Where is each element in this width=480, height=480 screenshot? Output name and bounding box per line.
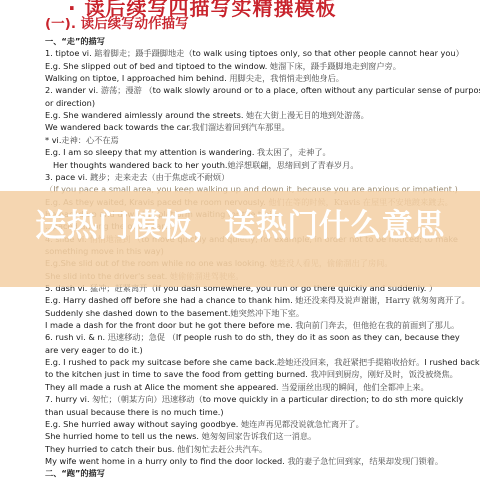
chinese-text: 他们匆忙去赶公共汽车。 — [175, 444, 268, 454]
text-line: to the kitchen just in time to save the … — [45, 369, 458, 379]
text-line: Suddenly she dashed down to the basement… — [45, 308, 304, 318]
english-text: 3. pace vi. — [45, 172, 90, 182]
chinese-text: 游荡；漫游 — [101, 85, 142, 95]
english-text: 7. hurry vi. — [45, 394, 92, 404]
english-text: 一、“走”的描写 — [45, 36, 105, 46]
text-line: or direction) — [45, 98, 95, 108]
chinese-text: 我的妻子急忙回到家，结果却发现门锁着。 — [287, 456, 443, 466]
text-line: 2. wander vi. 游荡；漫游 （to walk slowly arou… — [45, 85, 480, 95]
chinese-text: 踱步；走来走去（由于焦虑或不耐烦） — [90, 172, 229, 182]
english-text: E.g. She hurried away without saying goo… — [45, 419, 238, 429]
chinese-text: 匆忙；（朝某方向）迅速移动 — [92, 394, 194, 404]
text-line: E.g. I rushed to pack my suitcase before… — [45, 357, 480, 367]
chinese-text: 我们溜达着回到汽车那里。 — [191, 122, 289, 132]
text-line: E.g. She wandered aimlessly around the s… — [45, 110, 369, 120]
english-text: or direction) — [45, 98, 95, 108]
chinese-text: 她匆匆回家告诉我们这一消息。 — [202, 431, 317, 441]
english-text: 2. wander vi. — [45, 85, 101, 95]
chinese-text: 她突然冲下地下室。 — [230, 308, 304, 318]
chinese-text: 迅速移动；急促 — [108, 332, 165, 342]
chinese-text: 她浮想联翩，思绪回到了青春岁月。 — [228, 160, 359, 170]
text-line: They hurried to catch their bus. 他们匆忙去赶公… — [45, 444, 267, 454]
english-text: My wife went home in a hurry only to fin… — [45, 456, 287, 466]
english-text: E.g. Harry dashed off before she had a c… — [45, 295, 295, 305]
english-text: Her thoughts wandered back to her youth. — [53, 160, 228, 170]
english-text: to the kitchen just in time to save the … — [45, 369, 310, 379]
chinese-text: 她在大街上漫无目的地到处游荡。 — [243, 110, 368, 120]
subsection-heading: 二、“跑”的描写 — [45, 468, 105, 478]
english-text: than usual because there is no much time… — [45, 407, 224, 417]
english-text: She hurried home to tell us the news. — [45, 431, 202, 441]
text-line: 6. rush vi. & n. 迅速移动；急促 （If people rush… — [45, 332, 460, 342]
english-text: They hurried to catch their bus. — [45, 444, 175, 454]
text-line: Her thoughts wandered back to her youth.… — [53, 160, 359, 170]
english-text: I made a dash for the front door but he … — [45, 320, 295, 330]
chinese-text: 走神：心不在焉 — [61, 135, 118, 145]
chinese-text: 我太困了，走神了。 — [257, 147, 331, 157]
english-text: 二、“跑”的描写 — [45, 468, 105, 478]
subsection-heading: 一、“走”的描写 — [45, 36, 105, 46]
chinese-text: 踮着脚走；蹑手蹑脚地走 — [94, 48, 184, 58]
text-line: 1. tiptoe vi. 踮着脚走；蹑手蹑脚地走（to walk using … — [45, 48, 464, 58]
english-text: （to move quickly in a particular directi… — [195, 394, 464, 404]
english-text: Walking on tiptoe, I approached him behi… — [45, 73, 227, 83]
english-text: 1. tiptoe vi. — [45, 48, 94, 58]
chinese-text: 她溜下床，蹑手蹑脚地走到窗户旁。 — [267, 61, 401, 71]
text-line: I made a dash for the front door but he … — [45, 320, 459, 330]
chinese-text: 我向前门奔去，但他抢在我的前面到了那儿。 — [295, 320, 459, 330]
text-line: We wandered back towards the car.我们溜达着回到… — [45, 122, 290, 132]
text-line: 3. pace vi. 踱步；走来走去（由于焦虑或不耐烦） — [45, 172, 229, 182]
text-line: are very eager to do it.) — [45, 345, 143, 355]
english-text: （to walk slowly around or to a place, of… — [142, 85, 480, 95]
english-text: * vi. — [45, 135, 61, 145]
english-text: E.g. She wandered aimlessly around the s… — [45, 110, 243, 120]
english-text: （If people rush to do sth, they do it as… — [165, 332, 460, 342]
english-text: E.g. I rushed to pack my suitcase before… — [45, 357, 277, 367]
chinese-text: 她还没来得及说声谢谢，Harry 就匆匆离开了。 — [295, 295, 469, 305]
english-text: E.g. I am so sleepy that my attention is… — [45, 147, 257, 157]
english-text: I rushed back — [424, 357, 479, 367]
overlay-banner-text: 送热门模板，送热门什么意思 — [0, 191, 480, 253]
text-line: 7. hurry vi. 匆忙；（朝某方向）迅速移动（to move quick… — [45, 394, 463, 404]
english-text: are very eager to do it.) — [45, 345, 143, 355]
chinese-text: 用脚尖走，我悄悄走到他身后。 — [227, 73, 344, 83]
chinese-text: 我冲回到厨房，刚好及时，饭没被烧焦。 — [310, 369, 457, 379]
english-text: They all made a rush at Alice the moment… — [45, 382, 281, 392]
chinese-text: 趁她还没回来，我赶紧把手提箱收拾好。 — [277, 357, 424, 367]
text-line: E.g. I am so sleepy that my attention is… — [45, 147, 331, 157]
english-text: We wandered back towards the car. — [45, 122, 191, 132]
text-line: E.g. She hurried away without saying goo… — [45, 419, 364, 429]
english-text: 6. rush vi. & n. — [45, 332, 108, 342]
chinese-text: 她连声再见都没说就急忙离开了。 — [238, 419, 363, 429]
text-line: They all made a rush at Alice the moment… — [45, 382, 429, 392]
section-title: (一). 读后续写动作描写 — [45, 12, 189, 32]
text-line: She hurried home to tell us the news. 她匆… — [45, 431, 316, 441]
english-text: Suddenly she dashed down to the basement… — [45, 308, 230, 318]
english-text: （to walk using tiptoes only, so that oth… — [184, 48, 463, 58]
english-text: E.g. She slipped out of bed and tiptoed … — [45, 61, 267, 71]
text-line: My wife went home in a hurry only to fin… — [45, 456, 443, 466]
text-line: E.g. Harry dashed off before she had a c… — [45, 295, 470, 305]
chinese-text: 当爱丽丝出现的瞬间，他们全都冲上来。 — [281, 382, 428, 392]
text-line: than usual because there is no much time… — [45, 407, 224, 417]
text-line: Walking on tiptoe, I approached him behi… — [45, 73, 344, 83]
text-line: * vi.走神：心不在焉 — [45, 135, 119, 145]
text-line: E.g. She slipped out of bed and tiptoed … — [45, 61, 401, 71]
